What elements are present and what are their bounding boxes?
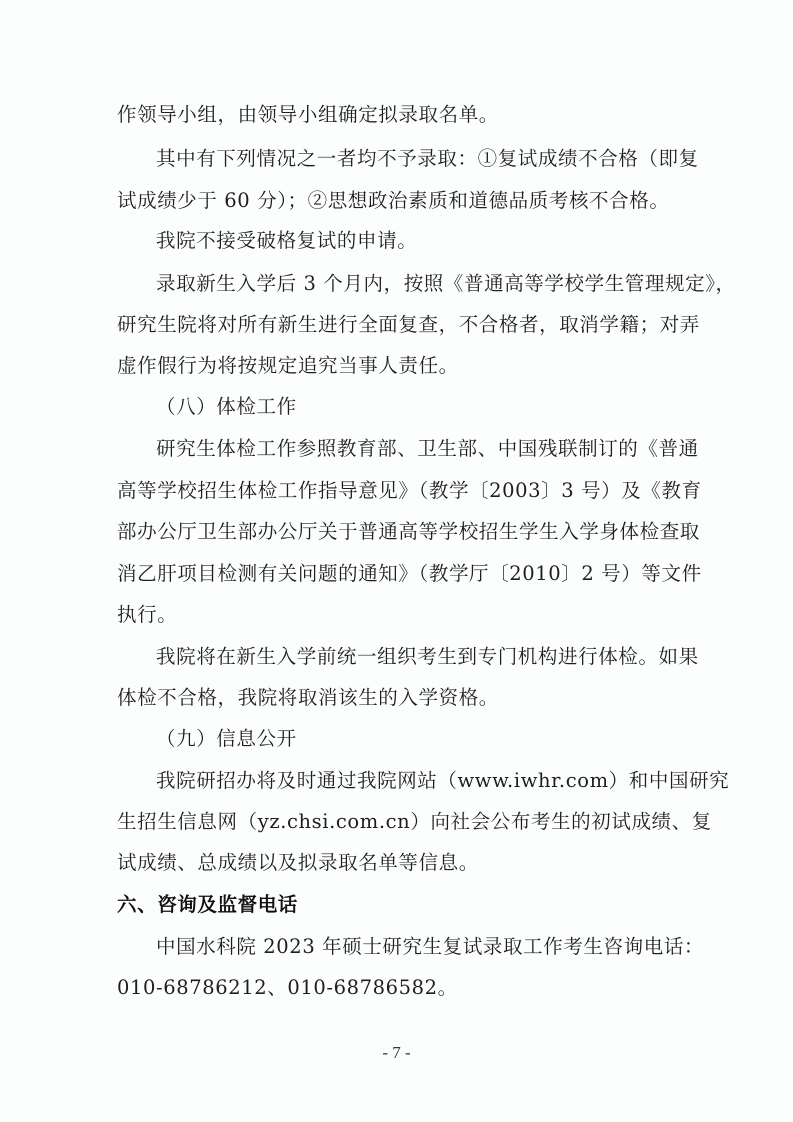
section-heading-consultation: 六、咨询及监督电话 [117, 893, 677, 917]
paragraph-line: 消乙肝项目检测有关问题的通知》（教学厅〔2010〕2 号）等文件 [117, 562, 677, 586]
paragraph-line: 生招生信息网（yz.chsi.com.cn）向社会公布考生的初试成绩、复 [117, 810, 677, 834]
section-heading-physical-exam: （八）体检工作 [156, 395, 716, 419]
paragraph-line: 中国水科院 2023 年硕士研究生复试录取工作考生咨询电话： [156, 935, 677, 959]
paragraph-line: 部办公厅卫生部办公厅关于普通高等学校招生学生入学身体检查取 [117, 520, 677, 544]
section-heading-info-disclosure: （九）信息公开 [156, 727, 716, 751]
page-number: - 7 - [0, 1043, 793, 1063]
paragraph-line: 试成绩少于 60 分）；②思想政治素质和道德品质考核不合格。 [117, 189, 677, 213]
paragraph-line: 试成绩、总成绩以及拟录取名单等信息。 [117, 851, 677, 875]
paragraph-line: 执行。 [117, 603, 677, 627]
paragraph-line: 研究生院将对所有新生进行全面复查，不合格者，取消学籍；对弄 [117, 313, 677, 337]
document-page: 作领导小组，由领导小组确定拟录取名单。 其中有下列情况之一者均不予录取：①复试成… [0, 0, 793, 1122]
paragraph-line: 体检不合格，我院将取消该生的入学资格。 [117, 686, 677, 710]
paragraph-line: 研究生体检工作参照教育部、卫生部、中国残联制订的《普通 [156, 437, 677, 461]
paragraph-line: 我院将在新生入学前统一组织考生到专门机构进行体检。如果 [156, 645, 677, 669]
paragraph-line: 其中有下列情况之一者均不予录取：①复试成绩不合格（即复 [156, 147, 677, 171]
paragraph-line: 录取新生入学后 3 个月内，按照《普通高等学校学生管理规定》， [156, 272, 677, 296]
paragraph-line: 我院不接受破格复试的申请。 [156, 229, 716, 253]
paragraph-line: 高等学校招生体检工作指导意见》（教学〔2003〕3 号）及《教育 [117, 479, 677, 503]
paragraph-line: 虚作假行为将按规定追究当事人责任。 [117, 354, 677, 378]
paragraph-line: 作领导小组，由领导小组确定拟录取名单。 [117, 103, 677, 127]
phone-numbers: 010-68786212、010-68786582。 [117, 976, 677, 1000]
paragraph-line: 我院研招办将及时通过我院网站（www.iwhr.com）和中国研究 [156, 769, 677, 793]
